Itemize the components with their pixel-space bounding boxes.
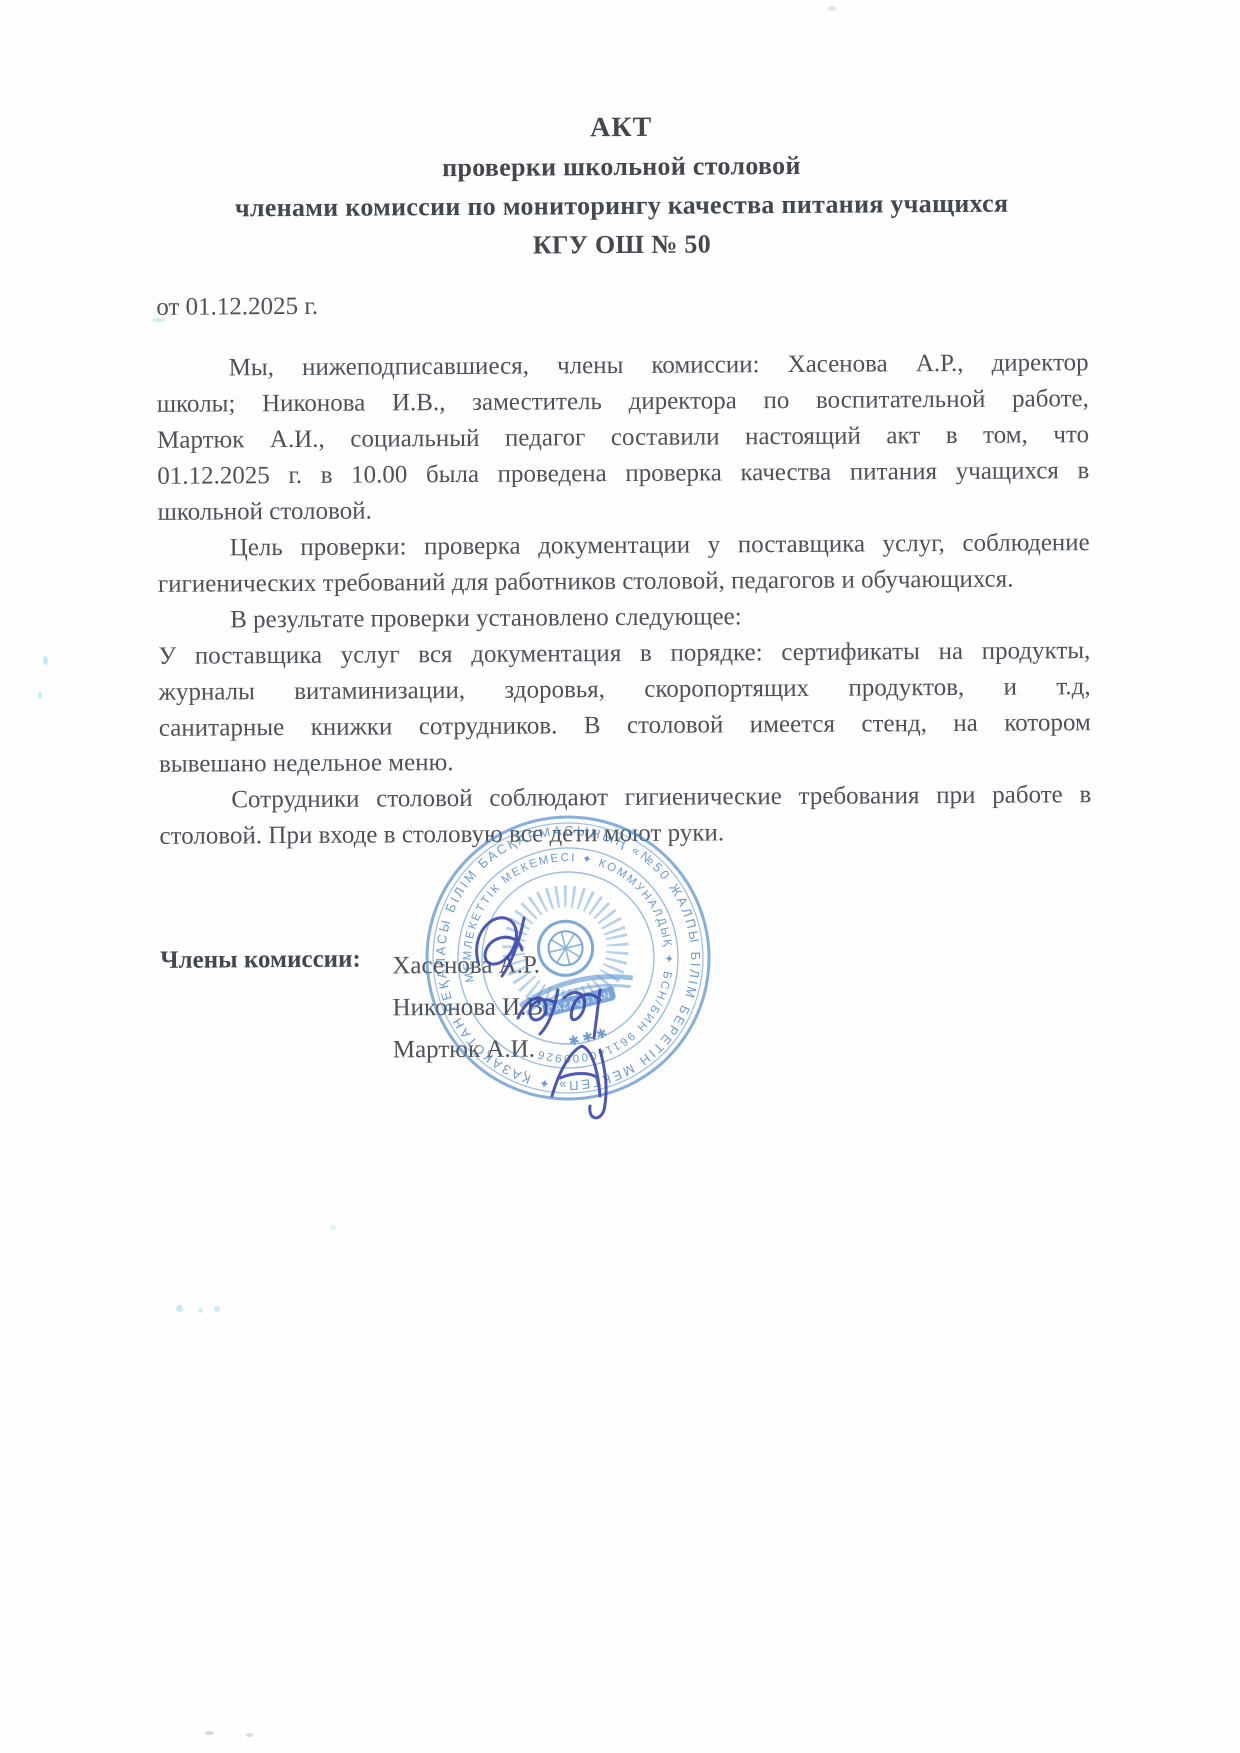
document-subtitle-1: проверки школьной столовой — [155, 144, 1087, 189]
text-line: В результате проверки установлено следую… — [158, 597, 1090, 639]
document-title: АКТ — [155, 105, 1087, 150]
document-subtitle-3: КГУ ОШ № 50 — [156, 222, 1088, 267]
scan-speck — [38, 692, 42, 699]
scan-speck — [198, 1308, 203, 1313]
text-line: Мартюк А.И., социальный педагог составил… — [157, 417, 1089, 459]
scan-speck — [152, 318, 166, 322]
signature-martyuk — [552, 1046, 606, 1118]
signature-nikonova — [518, 990, 600, 1038]
scan-speck — [205, 1731, 214, 1735]
text-line: У поставщика услуг вся документация в по… — [158, 633, 1090, 675]
scan-speck — [214, 1306, 220, 1312]
signature-khasenova — [477, 918, 524, 976]
scanned-document-page: АКТ проверки школьной столовой членами к… — [0, 0, 1240, 1753]
scan-speck — [176, 1305, 183, 1312]
scan-speck — [43, 656, 48, 665]
text-line: Цель проверки: проверка документации у п… — [158, 525, 1090, 567]
scan-speck — [330, 1225, 336, 1230]
signature-block-label: Члены комиссии: — [160, 945, 389, 1072]
text-line: журналы витаминизации, здоровья, скоропо… — [159, 669, 1091, 711]
document-body: Мы, нижеподписавшиеся, члены комиссии: Х… — [157, 345, 1092, 855]
scan-speck — [828, 6, 836, 11]
document-subtitle-2: членами комиссии по мониторингу качества… — [156, 183, 1088, 228]
text-line: 01.12.2025 г. в 10.00 была проведена про… — [157, 453, 1089, 495]
text-line: школы; Никонова И.В., заместитель директ… — [157, 381, 1089, 423]
text-line: вывешано недельное меню. — [159, 741, 1091, 783]
text-line: Мы, нижеподписавшиеся, члены комиссии: Х… — [157, 345, 1089, 387]
scan-speck — [246, 1733, 253, 1737]
text-line: санитарные книжки сотрудников. В столово… — [159, 705, 1091, 747]
text-line: гигиенических требований для работников … — [158, 561, 1090, 603]
text-line: школьной столовой. — [157, 489, 1089, 531]
handwritten-signatures — [440, 900, 680, 1130]
document-date: от 01.12.2025 г. — [156, 283, 1088, 327]
